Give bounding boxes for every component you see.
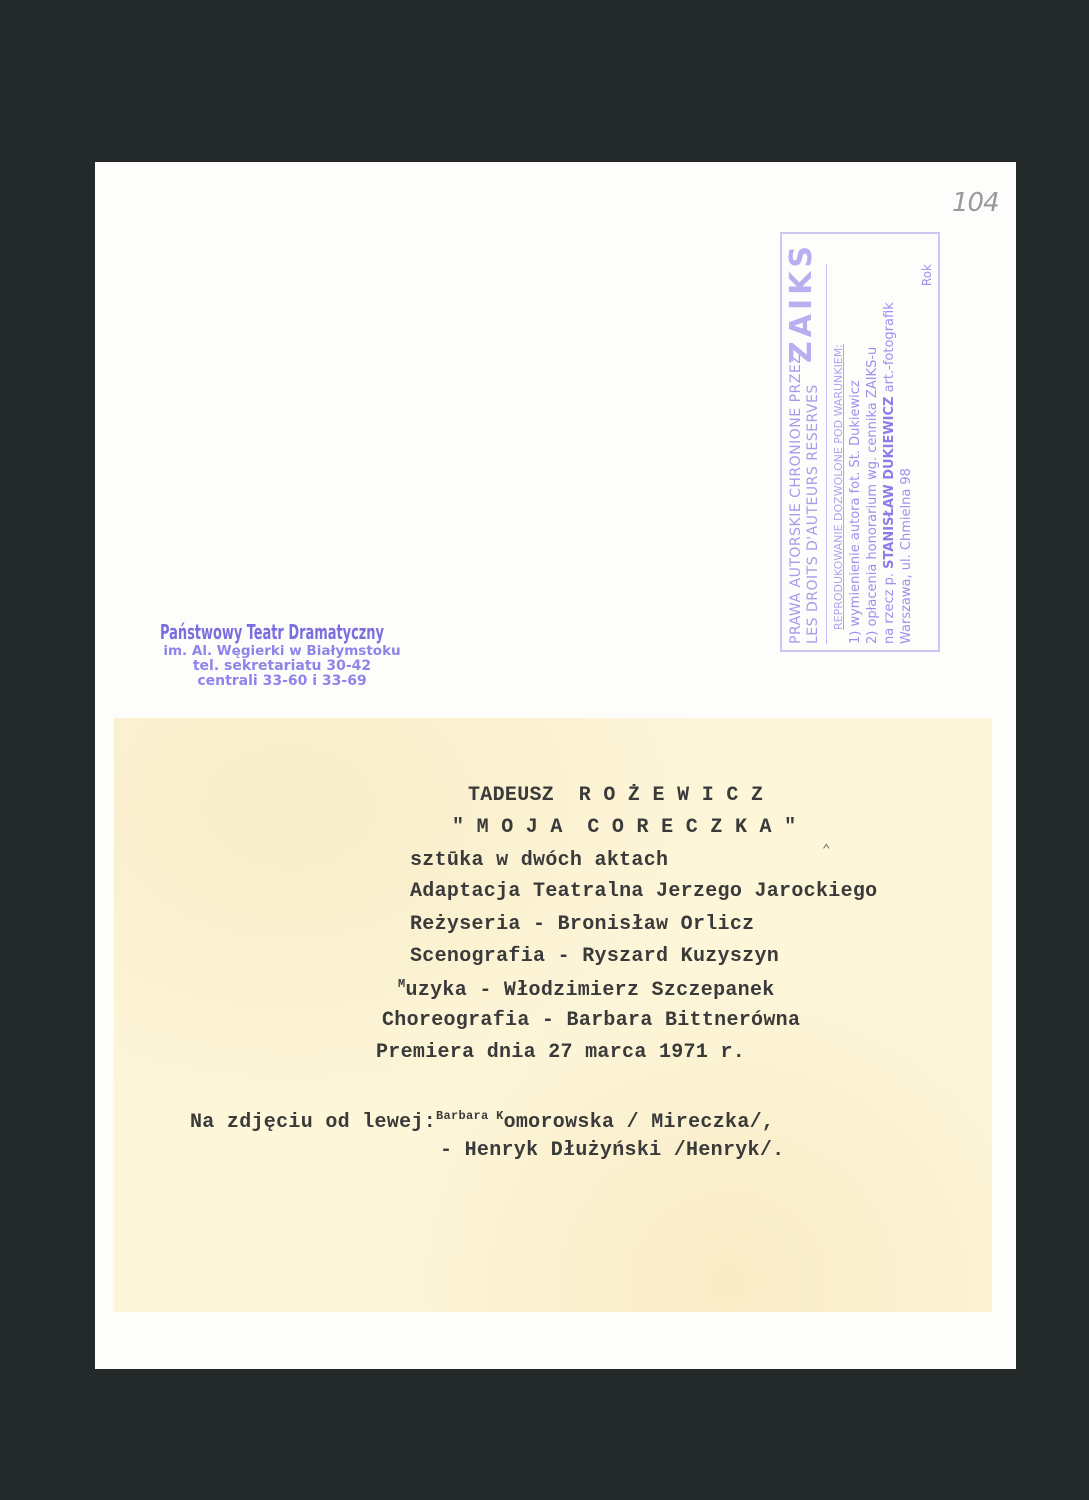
cast1-rest: omorowska / Mireczka/, [504, 1111, 775, 1134]
credit-music: Muzyka - Włodzimierz Szczepanek [398, 977, 775, 1002]
archive-number: 104 [952, 188, 999, 218]
condition-1: 1) wymienienie autora fot. St. Dukiewicz [847, 244, 864, 644]
credit-scenography: Scenografia - Ryszard Kuzyszyn [410, 945, 779, 968]
music-initial: M [398, 977, 406, 991]
photo-caption: Na zdjęciu od lewej:Barbara Komorowska /… [190, 1109, 774, 1134]
play-subtitle: sztūka w dwóch aktach [410, 849, 668, 872]
author-suffix: art.-fotografik [882, 302, 897, 392]
photographer-address: Warszawa, ul. Chmielna 98 [898, 244, 915, 644]
cast1-first: Barbara [436, 1109, 496, 1123]
play-author: TADEUSZ R O Ż E W I C Z [468, 784, 763, 807]
theatre-phone-switchboard: centrali 33-60 i 33-69 [132, 674, 432, 689]
theatre-phone-secretariat: tel. sekretariatu 30-42 [132, 659, 432, 674]
typed-note: TADEUSZ R O Ż E W I C Z " M O J A C O R … [114, 718, 992, 1312]
credit-adaptation: Adaptacja Teatralna Jerzego Jarockiego [410, 880, 877, 903]
author-prefix: na rzecz p. [882, 573, 897, 644]
theatre-name: Państwowy Teatr Dramatyczny [157, 620, 387, 644]
cast1-initial: K [496, 1109, 504, 1123]
conditions-heading: REPRODUKOWANIE DOZWOLONE POD WARUNKIEM: [830, 244, 847, 630]
credit-direction: Reżyseria - Bronisław Orlicz [410, 913, 754, 936]
cast-2: - Henryk Dłużyński /Henryk/. [440, 1139, 784, 1162]
photographer-line: na rzecz p. STANISŁAW DUKIEWICZ art.-fot… [881, 244, 898, 644]
condition-2: 2) opłacenia honorarium wg. cennika ZAIK… [864, 244, 881, 644]
year-label: Rok [920, 264, 934, 286]
play-title: " M O J A C O R E C Z K A " [452, 816, 796, 839]
premiere-date: Premiera dnia 27 marca 1971 r. [376, 1041, 745, 1064]
stray-mark: ⌃ [822, 842, 830, 859]
caption-label: Na zdjęciu od lewej: [190, 1111, 436, 1134]
theatre-stamp: Państwowy Teatr Dramatyczny im. Al. Węgi… [132, 620, 432, 689]
music-text: uzyka - Włodzimierz Szczepanek [406, 979, 775, 1002]
theatre-patron-city: im. Al. Węgierki w Białymstoku [132, 644, 432, 659]
stamp-divider [826, 264, 827, 644]
zaiks-logo: ZAIKS [784, 242, 819, 363]
copyright-stamp: ZAIKS PRAWA AUTORSKIE CHRONIONE PRZEZ LE… [780, 232, 940, 652]
photographer-name: STANISŁAW DUKIEWICZ [882, 397, 897, 569]
credit-choreography: Choreografia - Barbara Bittnerówna [382, 1009, 800, 1032]
